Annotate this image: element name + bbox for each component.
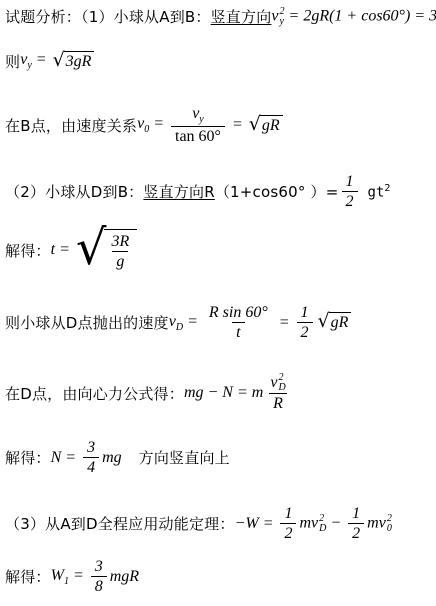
math-mono-term: gt2: [368, 183, 391, 201]
fraction-denominator: g: [112, 251, 128, 271]
math-subscript: y: [199, 114, 203, 125]
solution-line-1: 试题分析：（1）小球从A到B：竖直方向v2y = 2gR(1 + cos60°)…: [5, 6, 436, 27]
math-token: =: [149, 115, 168, 132]
underlined-text: 竖直方向R: [143, 181, 214, 202]
math-formula: vD =: [169, 313, 202, 333]
solution-line-5: 解得：t = √3Rg: [5, 229, 137, 271]
fraction-denominator: R: [269, 393, 287, 413]
fraction-denominator: 4: [83, 457, 99, 477]
math-formula: W1 =: [51, 567, 88, 587]
chinese-text: 方向竖直向上: [139, 447, 230, 468]
math-formula: vy =: [20, 51, 50, 71]
math-formula: −W =: [235, 515, 278, 533]
fraction-numerator: 3R: [107, 232, 133, 251]
math-token: =: [61, 449, 80, 466]
math-token: mgR: [110, 568, 139, 586]
fraction: 12: [348, 504, 364, 543]
supsub-stack: 2D: [278, 373, 285, 393]
sqrt-radical: √3gR: [53, 51, 95, 71]
fraction: 34: [83, 438, 99, 477]
radicand: 3gR: [64, 51, 95, 71]
fraction-numerator: R sin 60°: [205, 303, 272, 322]
math-term: mv2D −: [299, 514, 345, 534]
chinese-text: （1+cos60° ）=: [215, 181, 339, 202]
underlined-text: 竖直方向: [211, 6, 272, 27]
solution-line-2: 则vy = √3gR: [5, 51, 94, 72]
solution-line-8: 解得：N = 34mg方向竖直向上: [5, 438, 230, 477]
math-token: v: [169, 313, 176, 330]
math-formula: v0 =: [137, 115, 168, 135]
math-token: =: [183, 313, 202, 330]
math-token: −: [326, 514, 345, 531]
fraction: 38: [91, 557, 107, 596]
chinese-text: 在D点，由向心力公式得：: [5, 383, 184, 404]
chinese-text: （2）小球从D到B：: [5, 181, 143, 202]
math-term: mv20: [367, 514, 392, 534]
math-token: =: [69, 567, 88, 584]
radicand: gR: [260, 115, 283, 135]
sqrt-radical: √gR: [249, 115, 283, 135]
fraction-denominator: 2: [297, 322, 313, 342]
fraction-denominator: 2: [348, 523, 364, 543]
sqrt-radical: √gR: [318, 312, 352, 332]
radical-sign: √: [76, 229, 107, 268]
math-token: v: [271, 7, 278, 24]
fraction: v2DR: [266, 373, 289, 414]
chinese-text: 解得：: [5, 240, 51, 261]
math-token: = 2gR(1 + cos60°) = 3gR: [285, 7, 436, 24]
fraction-numerator: 1: [348, 504, 364, 523]
math-token: =: [32, 51, 51, 68]
math-token: N: [51, 449, 62, 466]
math-superscript: 2: [384, 183, 390, 194]
fraction-denominator: 2: [342, 191, 358, 211]
math-token: mg − N = m: [184, 384, 263, 401]
fraction-numerator: 3: [91, 557, 107, 576]
solution-line-9: （3）从A到D全程应用动能定理：−W = 12mv2D − 12mv20: [5, 504, 392, 543]
math-token: v: [270, 374, 277, 391]
chinese-text: 解得：: [5, 447, 51, 468]
math-token: 0: [387, 524, 392, 534]
radicand: gR: [329, 312, 352, 332]
fraction: 12: [280, 504, 296, 543]
fraction: 12: [297, 303, 313, 342]
math-token: =: [55, 241, 74, 258]
math-formula: N =: [51, 449, 80, 467]
fraction: 3Rg: [107, 232, 133, 271]
fraction-denominator: 8: [91, 576, 107, 596]
fraction-numerator: 1: [297, 303, 313, 322]
sqrt-radical: √3Rg: [76, 229, 137, 271]
math-token: mv: [299, 514, 318, 531]
math-token: W: [51, 567, 64, 584]
fraction-numerator: 1: [342, 172, 358, 191]
fraction: vytan 60°: [171, 104, 225, 146]
fraction-numerator: v2D: [266, 373, 289, 393]
math-formula: mg − N = m: [184, 384, 263, 402]
math-token: =: [275, 314, 294, 332]
fraction: R sin 60°t: [205, 303, 272, 342]
math-token: =: [228, 116, 247, 134]
radicand: 3Rg: [104, 229, 137, 271]
fraction-numerator: 3: [83, 438, 99, 457]
math-token: mv: [367, 514, 386, 531]
fraction-numerator: vy: [188, 104, 208, 126]
solution-line-4: （2）小球从D到B：竖直方向R（1+cos60° ）=12gt2: [5, 172, 390, 211]
chinese-text: 解得：: [5, 566, 51, 587]
chinese-text: 则小球从D点抛出的速度: [5, 312, 169, 333]
fraction-denominator: t: [232, 322, 244, 342]
math-token: −W =: [235, 515, 278, 532]
math-formula: v2y = 2gR(1 + cos60°) = 3gR: [271, 7, 436, 27]
fraction-denominator: tan 60°: [171, 126, 225, 146]
fraction-numerator: 1: [280, 504, 296, 523]
math-token: D: [278, 383, 285, 393]
solution-line-6: 则小球从D点抛出的速度vD = R sin 60°t = 12√gR: [5, 303, 351, 342]
fraction: 12: [342, 172, 358, 211]
solution-line-7: 在D点，由向心力公式得：mg − N = mv2DR: [5, 373, 293, 414]
chinese-text: 则: [5, 51, 20, 72]
supsub-stack: 20: [387, 514, 392, 534]
solution-line-10: 解得：W1 = 38mgR: [5, 557, 139, 596]
math-formula: t =: [51, 241, 74, 259]
solution-line-3: 在B点，由速度关系v0 = vytan 60° = √gR: [5, 104, 283, 146]
fraction-denominator: 2: [280, 523, 296, 543]
math-token: mg: [102, 449, 122, 467]
math-token: y: [280, 17, 284, 27]
chinese-text: 试题分析：（1）小球从A到B：: [5, 6, 211, 27]
math-token: gt: [368, 185, 385, 201]
chinese-text: 在B点，由速度关系: [5, 115, 137, 136]
solution-document: 试题分析：（1）小球从A到B：竖直方向v2y = 2gR(1 + cos60°)…: [0, 0, 436, 606]
chinese-text: （3）从A到D全程应用动能定理：: [5, 513, 235, 534]
